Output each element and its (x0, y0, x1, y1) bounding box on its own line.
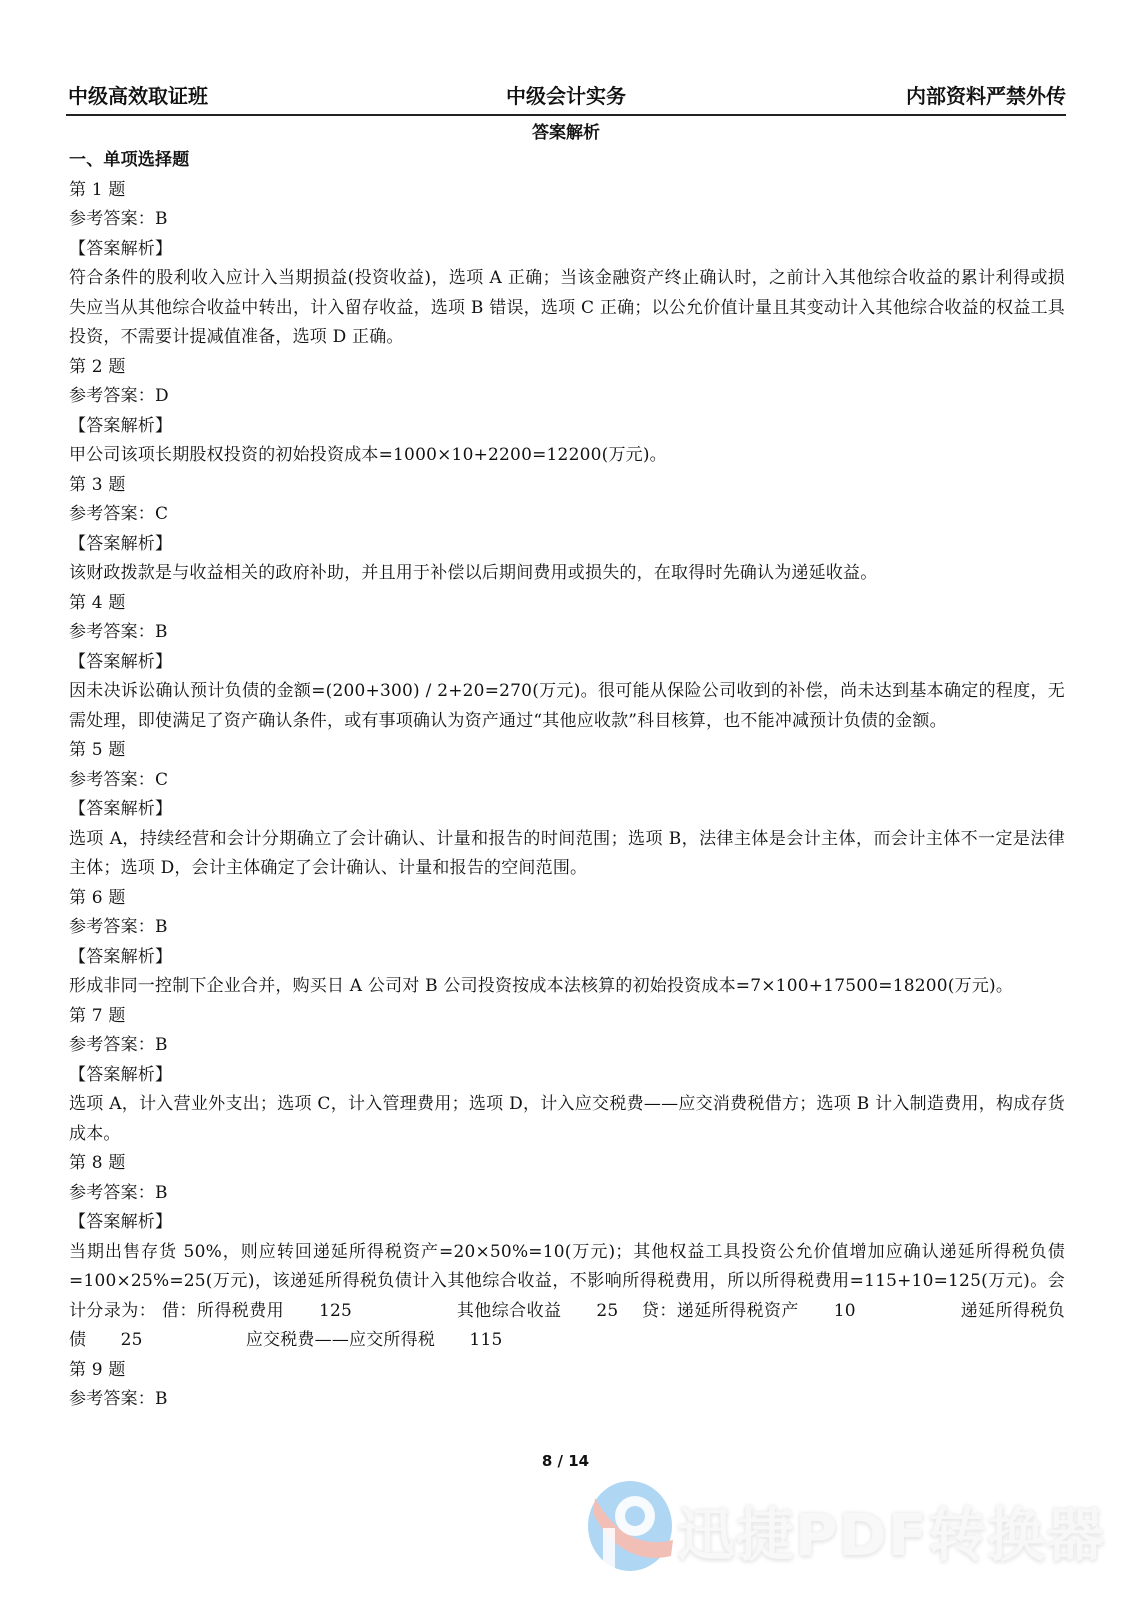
question-number: 第 2 题 (69, 353, 1065, 383)
analysis-label: 【答案解析】 (69, 235, 1065, 265)
analysis-text: 符合条件的股利收入应计入当期损益(投资收益)，选项 A 正确；当该金融资产终止确… (69, 264, 1065, 353)
question-block-6: 第 6 题 参考答案：B 【答案解析】 形成非同一控制下企业合并，购买日 A 公… (69, 884, 1065, 1002)
header-divider (66, 114, 1066, 116)
question-block-2: 第 2 题 参考答案：D 【答案解析】 甲公司该项长期股权投资的初始投资成本=1… (69, 353, 1065, 471)
analysis-label: 【答案解析】 (69, 530, 1065, 560)
question-number: 第 5 题 (69, 736, 1065, 766)
analysis-text: 选项 A，计入营业外支出；选项 C，计入管理费用；选项 D，计入应交税费——应交… (69, 1090, 1065, 1149)
question-number: 第 4 题 (69, 589, 1065, 619)
xunjie-pdf-logo-icon (585, 1478, 675, 1573)
reference-answer: 参考答案：B (69, 1385, 1065, 1415)
document-title: 答案解析 (66, 120, 1066, 146)
question-block-7: 第 7 题 参考答案：B 【答案解析】 选项 A，计入营业外支出；选项 C，计入… (69, 1002, 1065, 1150)
answer-content: 一、单项选择题 第 1 题 参考答案：B 【答案解析】 符合条件的股利收入应计入… (69, 146, 1065, 1415)
analysis-label: 【答案解析】 (69, 1061, 1065, 1091)
section-heading: 一、单项选择题 (69, 146, 1065, 176)
analysis-label: 【答案解析】 (69, 943, 1065, 973)
reference-answer: 参考答案：C (69, 500, 1065, 530)
analysis-label: 【答案解析】 (69, 412, 1065, 442)
reference-answer: 参考答案：D (69, 382, 1065, 412)
reference-answer: 参考答案：B (69, 913, 1065, 943)
watermark: 迅捷PDF转换器 (585, 1478, 1125, 1588)
question-number: 第 1 题 (69, 176, 1065, 206)
header-confidential-notice: 内部资料严禁外传 (906, 80, 1066, 109)
analysis-text: 当期出售存货 50%，则应转回递延所得税资产=20×50%=10(万元)；其他权… (69, 1238, 1065, 1356)
reference-answer: 参考答案：B (69, 618, 1065, 648)
analysis-text: 选项 A，持续经营和会计分期确立了会计确认、计量和报告的时间范围；选项 B，法律… (69, 825, 1065, 884)
question-block-5: 第 5 题 参考答案：C 【答案解析】 选项 A，持续经营和会计分期确立了会计确… (69, 736, 1065, 884)
watermark-text: 迅捷PDF转换器 (677, 1488, 1105, 1572)
page-header: 中级高效取证班 中级会计实务 内部资料严禁外传 (66, 80, 1066, 110)
question-number: 第 8 题 (69, 1149, 1065, 1179)
analysis-text: 该财政拨款是与收益相关的政府补助，并且用于补偿以后期间费用或损失的，在取得时先确… (69, 559, 1065, 589)
reference-answer: 参考答案：B (69, 1031, 1065, 1061)
reference-answer: 参考答案：B (69, 205, 1065, 235)
question-number: 第 3 题 (69, 471, 1065, 501)
reference-answer: 参考答案：C (69, 766, 1065, 796)
question-number: 第 7 题 (69, 1002, 1065, 1032)
analysis-label: 【答案解析】 (69, 1208, 1065, 1238)
question-block-8: 第 8 题 参考答案：B 【答案解析】 当期出售存货 50%，则应转回递延所得税… (69, 1149, 1065, 1356)
page-indicator: 8 / 14 (0, 1452, 1131, 1470)
analysis-text: 形成非同一控制下企业合并，购买日 A 公司对 B 公司投资按成本法核算的初始投资… (69, 972, 1065, 1002)
question-number: 第 9 题 (69, 1356, 1065, 1386)
analysis-text: 因未决诉讼确认预计负债的金额=(200+300) / 2+20=270(万元)。… (69, 677, 1065, 736)
reference-answer: 参考答案：B (69, 1179, 1065, 1209)
question-number: 第 6 题 (69, 884, 1065, 914)
question-block-9: 第 9 题 参考答案：B (69, 1356, 1065, 1415)
analysis-text: 甲公司该项长期股权投资的初始投资成本=1000×10+2200=12200(万元… (69, 441, 1065, 471)
question-block-1: 第 1 题 参考答案：B 【答案解析】 符合条件的股利收入应计入当期损益(投资收… (69, 176, 1065, 353)
analysis-label: 【答案解析】 (69, 648, 1065, 678)
analysis-label: 【答案解析】 (69, 795, 1065, 825)
question-block-4: 第 4 题 参考答案：B 【答案解析】 因未决诉讼确认预计负债的金额=(200+… (69, 589, 1065, 737)
question-block-3: 第 3 题 参考答案：C 【答案解析】 该财政拨款是与收益相关的政府补助，并且用… (69, 471, 1065, 589)
